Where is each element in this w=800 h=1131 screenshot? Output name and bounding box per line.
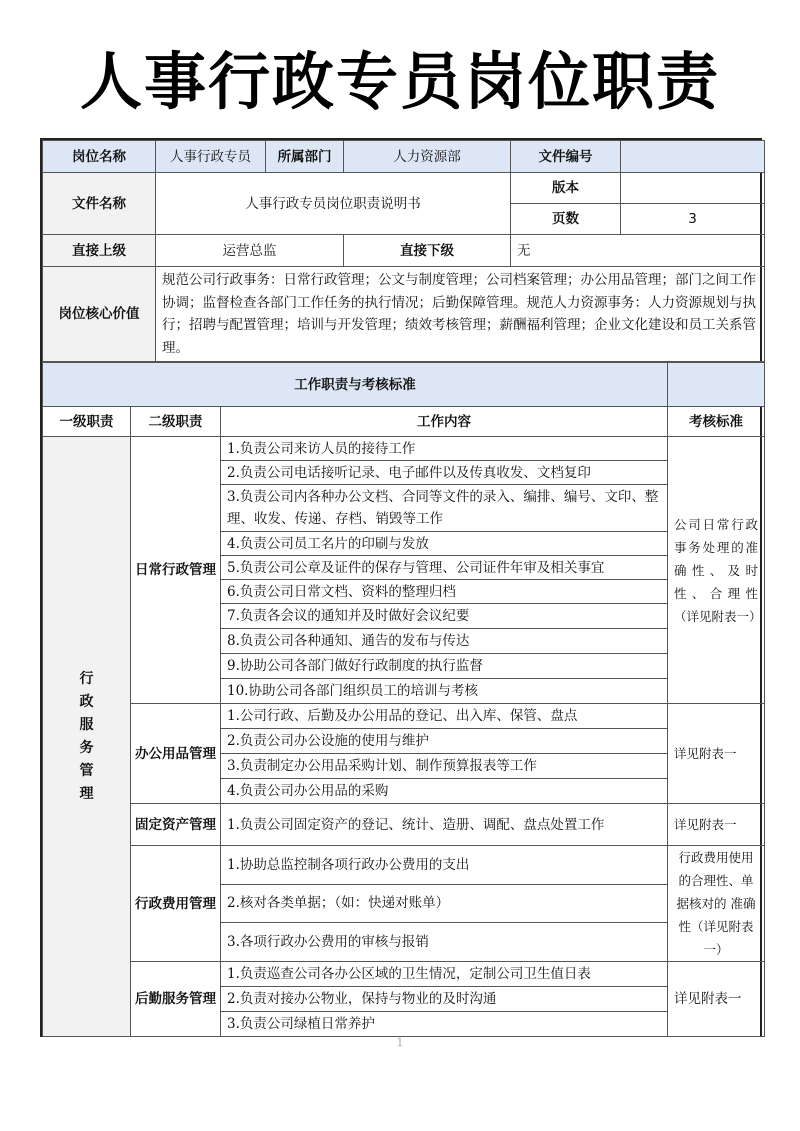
pages-value: 3: [621, 204, 765, 235]
task-item: 7.负责各会议的通知并及时做好会议纪要: [221, 604, 668, 629]
info-table: 岗位名称 人事行政专员 所属部门 人力资源部 文件编号 文件名称 人事行政专员岗…: [42, 140, 765, 362]
task-item: 3.负责公司内各种办公文档、合同等文件的录入、编排、编号、文印、整理、收发、传递…: [221, 485, 668, 532]
task-item: 6.负责公司日常文档、资料的整理归档: [221, 580, 668, 604]
doc-name-value: 人事行政专员岗位职责说明书: [156, 173, 511, 235]
version-label: 版本: [511, 173, 621, 204]
pages-label: 页数: [511, 204, 621, 235]
column-header-content: 工作内容: [221, 407, 668, 437]
subordinate-label: 直接下级: [344, 235, 511, 267]
doc-no-value: [621, 141, 765, 173]
level2-duty-admin-expenses: 行政费用管理: [131, 846, 221, 962]
task-item: 4.负责公司员工名片的印刷与发放: [221, 532, 668, 556]
doc-name-label: 文件名称: [43, 173, 156, 235]
core-value-label: 岗位核心价值: [43, 267, 156, 362]
superior-value: 运营总监: [156, 235, 344, 267]
task-item: 4.负责公司办公用品的采购: [221, 779, 668, 804]
task-item: 3.负责公司绿植日常养护: [221, 1012, 668, 1037]
level2-duty-logistics: 后勤服务管理: [131, 962, 221, 1037]
task-item: 3.负责制定办公用品采购计划、制作预算报表等工作: [221, 754, 668, 779]
task-item: 2.核对各类单据；（如：快递对账单）: [221, 884, 668, 923]
section-title-blank: [668, 363, 765, 407]
page-title: 人事行政专员岗位职责: [0, 42, 800, 122]
criteria-daily-admin: 公司日常行政事务处理的准确性、及时性、合理性（详见附表一）: [668, 437, 765, 704]
task-item: 8.负责公司各种通知、通告的发布与传达: [221, 629, 668, 654]
subordinate-value: 无: [511, 235, 765, 267]
criteria-office-supplies: 详见附表一: [668, 704, 765, 804]
task-item: 5.负责公司公章及证件的保存与管理、公司证件年审及相关事宜: [221, 556, 668, 580]
task-item: 1.协助总监控制各项行政办公费用的支出: [221, 846, 668, 885]
task-item: 1.负责公司固定资产的登记、统计、造册、调配、盘点处置工作: [221, 804, 668, 846]
criteria-fixed-assets: 详见附表一: [668, 804, 765, 846]
column-header-level2: 二级职责: [131, 407, 221, 437]
criteria-admin-expenses: 行政费用使用的合理性、单据核对的 准确性（详见附表一）: [668, 846, 765, 962]
task-item: 2.负责公司办公设施的使用与维护: [221, 729, 668, 754]
section-title: 工作职责与考核标准: [43, 363, 668, 407]
level2-duty-office-supplies: 办公用品管理: [131, 704, 221, 804]
task-item: 1.负责巡查公司各办公区域的卫生情况，定制公司卫生值日表: [221, 962, 668, 987]
doc-no-label: 文件编号: [511, 141, 621, 173]
level2-duty-fixed-assets: 固定资产管理: [131, 804, 221, 846]
criteria-logistics: 详见附表一: [668, 962, 765, 1037]
version-value: [621, 173, 765, 204]
level2-duty-daily-admin: 日常行政管理: [131, 437, 221, 704]
page-number: 1: [0, 1036, 800, 1049]
superior-label: 直接上级: [43, 235, 156, 267]
level1-duty: 行政服务管理: [43, 437, 131, 1037]
department-label: 所属部门: [266, 141, 344, 173]
position-label: 岗位名称: [43, 141, 156, 173]
column-header-criteria: 考核标准: [668, 407, 765, 437]
position-value: 人事行政专员: [156, 141, 266, 173]
task-item: 2.负责对接办公物业，保持与物业的及时沟通: [221, 987, 668, 1012]
duties-table: 工作职责与考核标准 一级职责 二级职责 工作内容 考核标准 行政服务管理 日常行…: [42, 362, 765, 1037]
task-item: 3.各项行政办公费用的审核与报销: [221, 923, 668, 962]
department-value: 人力资源部: [344, 141, 511, 173]
task-item: 9.协助公司各部门做好行政制度的执行监督: [221, 654, 668, 679]
task-item: 1.公司行政、后勤及办公用品的登记、出入库、保管、盘点: [221, 704, 668, 729]
core-value-text: 规范公司行政事务：日常行政管理；公文与制度管理；公司档案管理；办公用品管理；部门…: [156, 267, 765, 362]
column-header-level1: 一级职责: [43, 407, 131, 437]
task-item: 2.负责公司电话接听记录、电子邮件以及传真收发、文档复印: [221, 461, 668, 485]
task-item: 10.协助公司各部门组织员工的培训与考核: [221, 679, 668, 704]
task-item: 1.负责公司来访人员的接待工作: [221, 437, 668, 461]
job-description-table: 岗位名称 人事行政专员 所属部门 人力资源部 文件编号 文件名称 人事行政专员岗…: [40, 138, 762, 1037]
